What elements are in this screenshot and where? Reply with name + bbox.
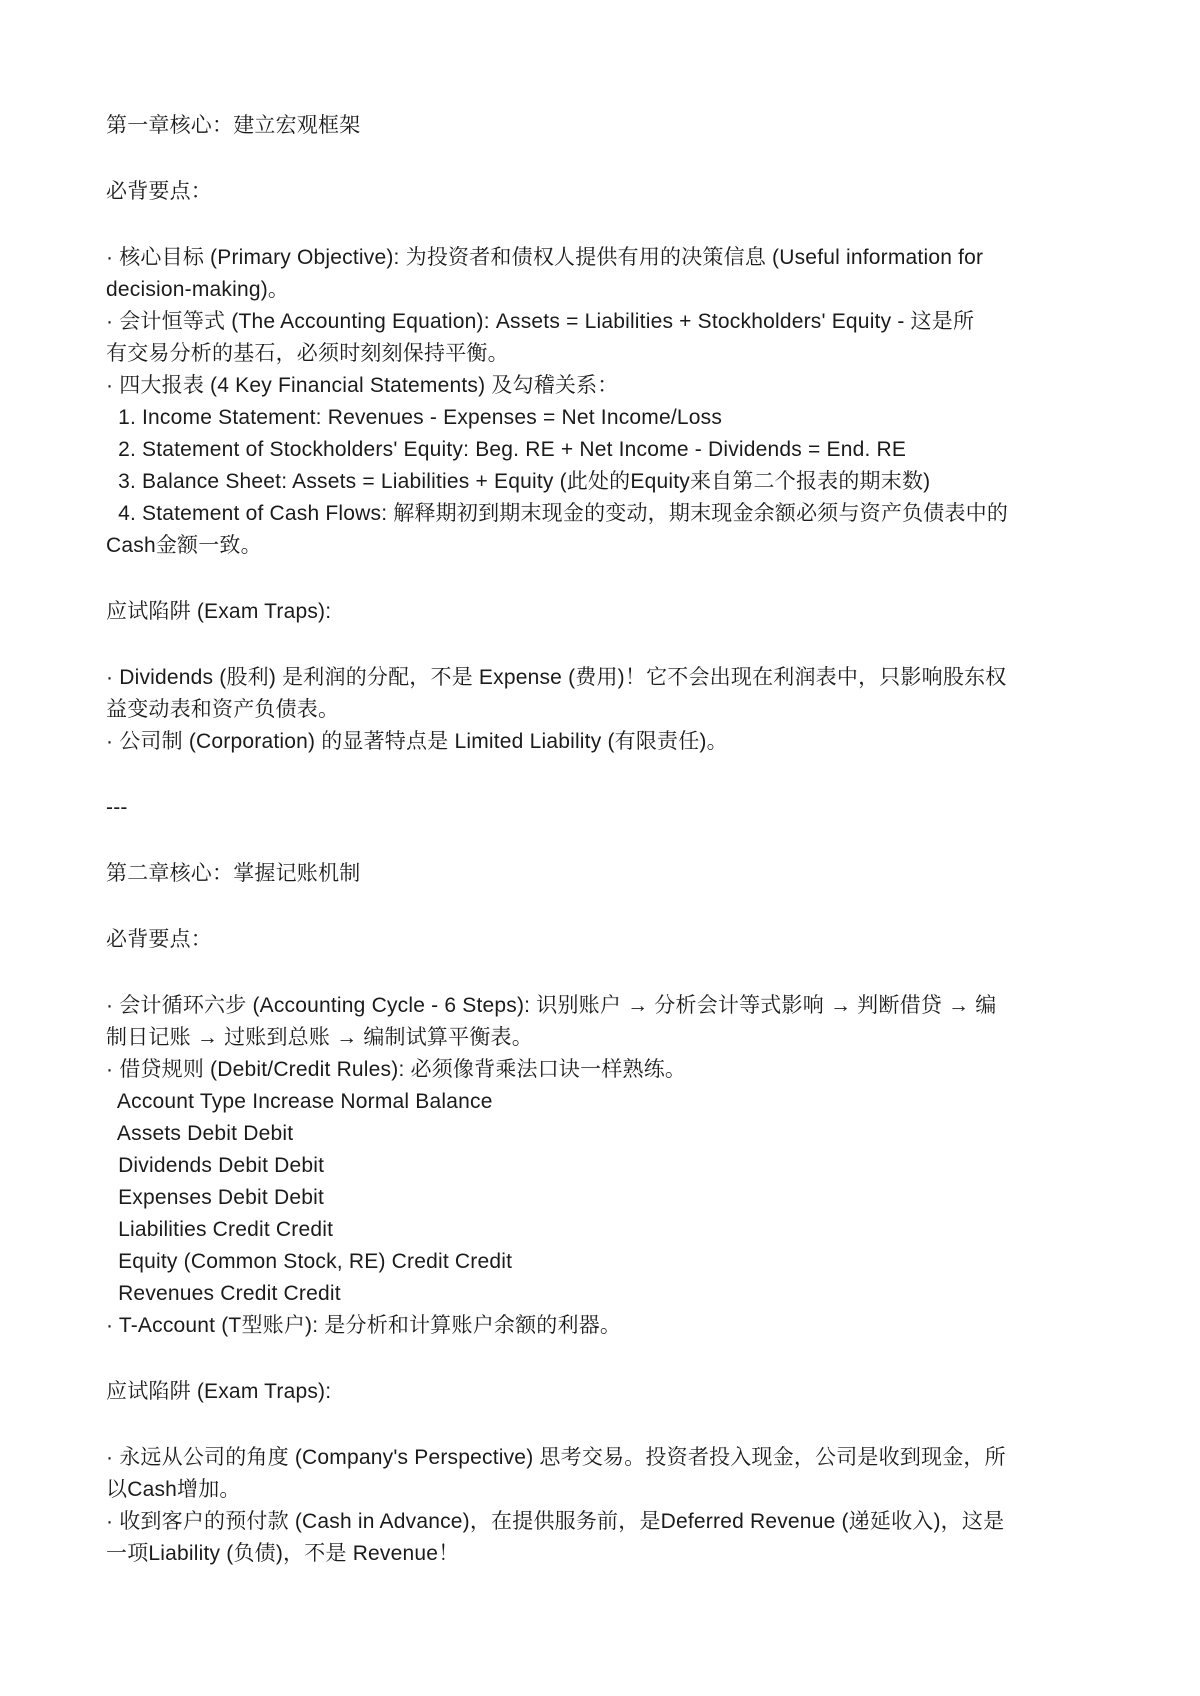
section-label: 应试陷阱 (Exam Traps): — [106, 596, 1100, 628]
text-line: 4. Statement of Cash Flows: 解释期初到期末现金的变动… — [106, 498, 1100, 530]
text-line: Revenues Credit Credit — [106, 1278, 1100, 1310]
text-line: 应试陷阱 (Exam Traps): — [106, 596, 1100, 628]
text-line: decision-making)。 — [106, 274, 1100, 306]
text-line: --- — [106, 792, 1100, 824]
text-line: 有交易分析的基石，必须时刻刻保持平衡。 — [106, 338, 1100, 370]
text-line: 1. Income Statement: Revenues - Expenses… — [106, 402, 1100, 434]
text-line: 一项Liability (负债)，不是 Revenue！ — [106, 1538, 1100, 1570]
text-line: Liabilities Credit Credit — [106, 1214, 1100, 1246]
text-line: Assets Debit Debit — [106, 1118, 1100, 1150]
text-line: · 会计恒等式 (The Accounting Equation): Asset… — [106, 306, 1100, 338]
text-paragraph: · 会计循环六步 (Accounting Cycle - 6 Steps): 识… — [106, 990, 1100, 1342]
text-line: Account Type Increase Normal Balance — [106, 1086, 1100, 1118]
text-line: 益变动表和资产负债表。 — [106, 694, 1100, 726]
text-line: 3. Balance Sheet: Assets = Liabilities +… — [106, 466, 1100, 498]
text-line: · T-Account (T型账户): 是分析和计算账户余额的利器。 — [106, 1310, 1100, 1342]
text-paragraph: · 核心目标 (Primary Objective): 为投资者和债权人提供有用… — [106, 242, 1100, 562]
section-label: 必背要点： — [106, 176, 1100, 208]
text-line: 必背要点： — [106, 924, 1100, 956]
document-body: 第一章核心：建立宏观框架必背要点：· 核心目标 (Primary Objecti… — [106, 110, 1100, 1570]
text-line: · 核心目标 (Primary Objective): 为投资者和债权人提供有用… — [106, 242, 1100, 274]
text-line: 制日记账 → 过账到总账 → 编制试算平衡表。 — [106, 1022, 1100, 1054]
text-line: Cash金额一致。 — [106, 530, 1100, 562]
text-paragraph: · 永远从公司的角度 (Company's Perspective) 思考交易。… — [106, 1442, 1100, 1570]
section-label: 应试陷阱 (Exam Traps): — [106, 1376, 1100, 1408]
text-line: · 公司制 (Corporation) 的显著特点是 Limited Liabi… — [106, 726, 1100, 758]
text-line: Expenses Debit Debit — [106, 1182, 1100, 1214]
section-divider: --- — [106, 792, 1100, 824]
text-line: 第一章核心：建立宏观框架 — [106, 110, 1100, 142]
text-line: 应试陷阱 (Exam Traps): — [106, 1376, 1100, 1408]
section-heading: 第二章核心：掌握记账机制 — [106, 858, 1100, 890]
text-line: · Dividends (股利) 是利润的分配，不是 Expense (费用)！… — [106, 662, 1100, 694]
text-line: 以Cash增加。 — [106, 1474, 1100, 1506]
text-line: 必背要点： — [106, 176, 1100, 208]
text-line: · 收到客户的预付款 (Cash in Advance)，在提供服务前，是Def… — [106, 1506, 1100, 1538]
text-line: · 借贷规则 (Debit/Credit Rules): 必须像背乘法口诀一样熟… — [106, 1054, 1100, 1086]
text-line: 2. Statement of Stockholders' Equity: Be… — [106, 434, 1100, 466]
text-line: · 永远从公司的角度 (Company's Perspective) 思考交易。… — [106, 1442, 1100, 1474]
text-line: Dividends Debit Debit — [106, 1150, 1100, 1182]
text-line: Equity (Common Stock, RE) Credit Credit — [106, 1246, 1100, 1278]
document-page: 第一章核心：建立宏观框架必背要点：· 核心目标 (Primary Objecti… — [0, 0, 1200, 1696]
section-heading: 第一章核心：建立宏观框架 — [106, 110, 1100, 142]
text-line: 第二章核心：掌握记账机制 — [106, 858, 1100, 890]
section-label: 必背要点： — [106, 924, 1100, 956]
text-paragraph: · Dividends (股利) 是利润的分配，不是 Expense (费用)！… — [106, 662, 1100, 758]
text-line: · 四大报表 (4 Key Financial Statements) 及勾稽关… — [106, 370, 1100, 402]
text-line: · 会计循环六步 (Accounting Cycle - 6 Steps): 识… — [106, 990, 1100, 1022]
